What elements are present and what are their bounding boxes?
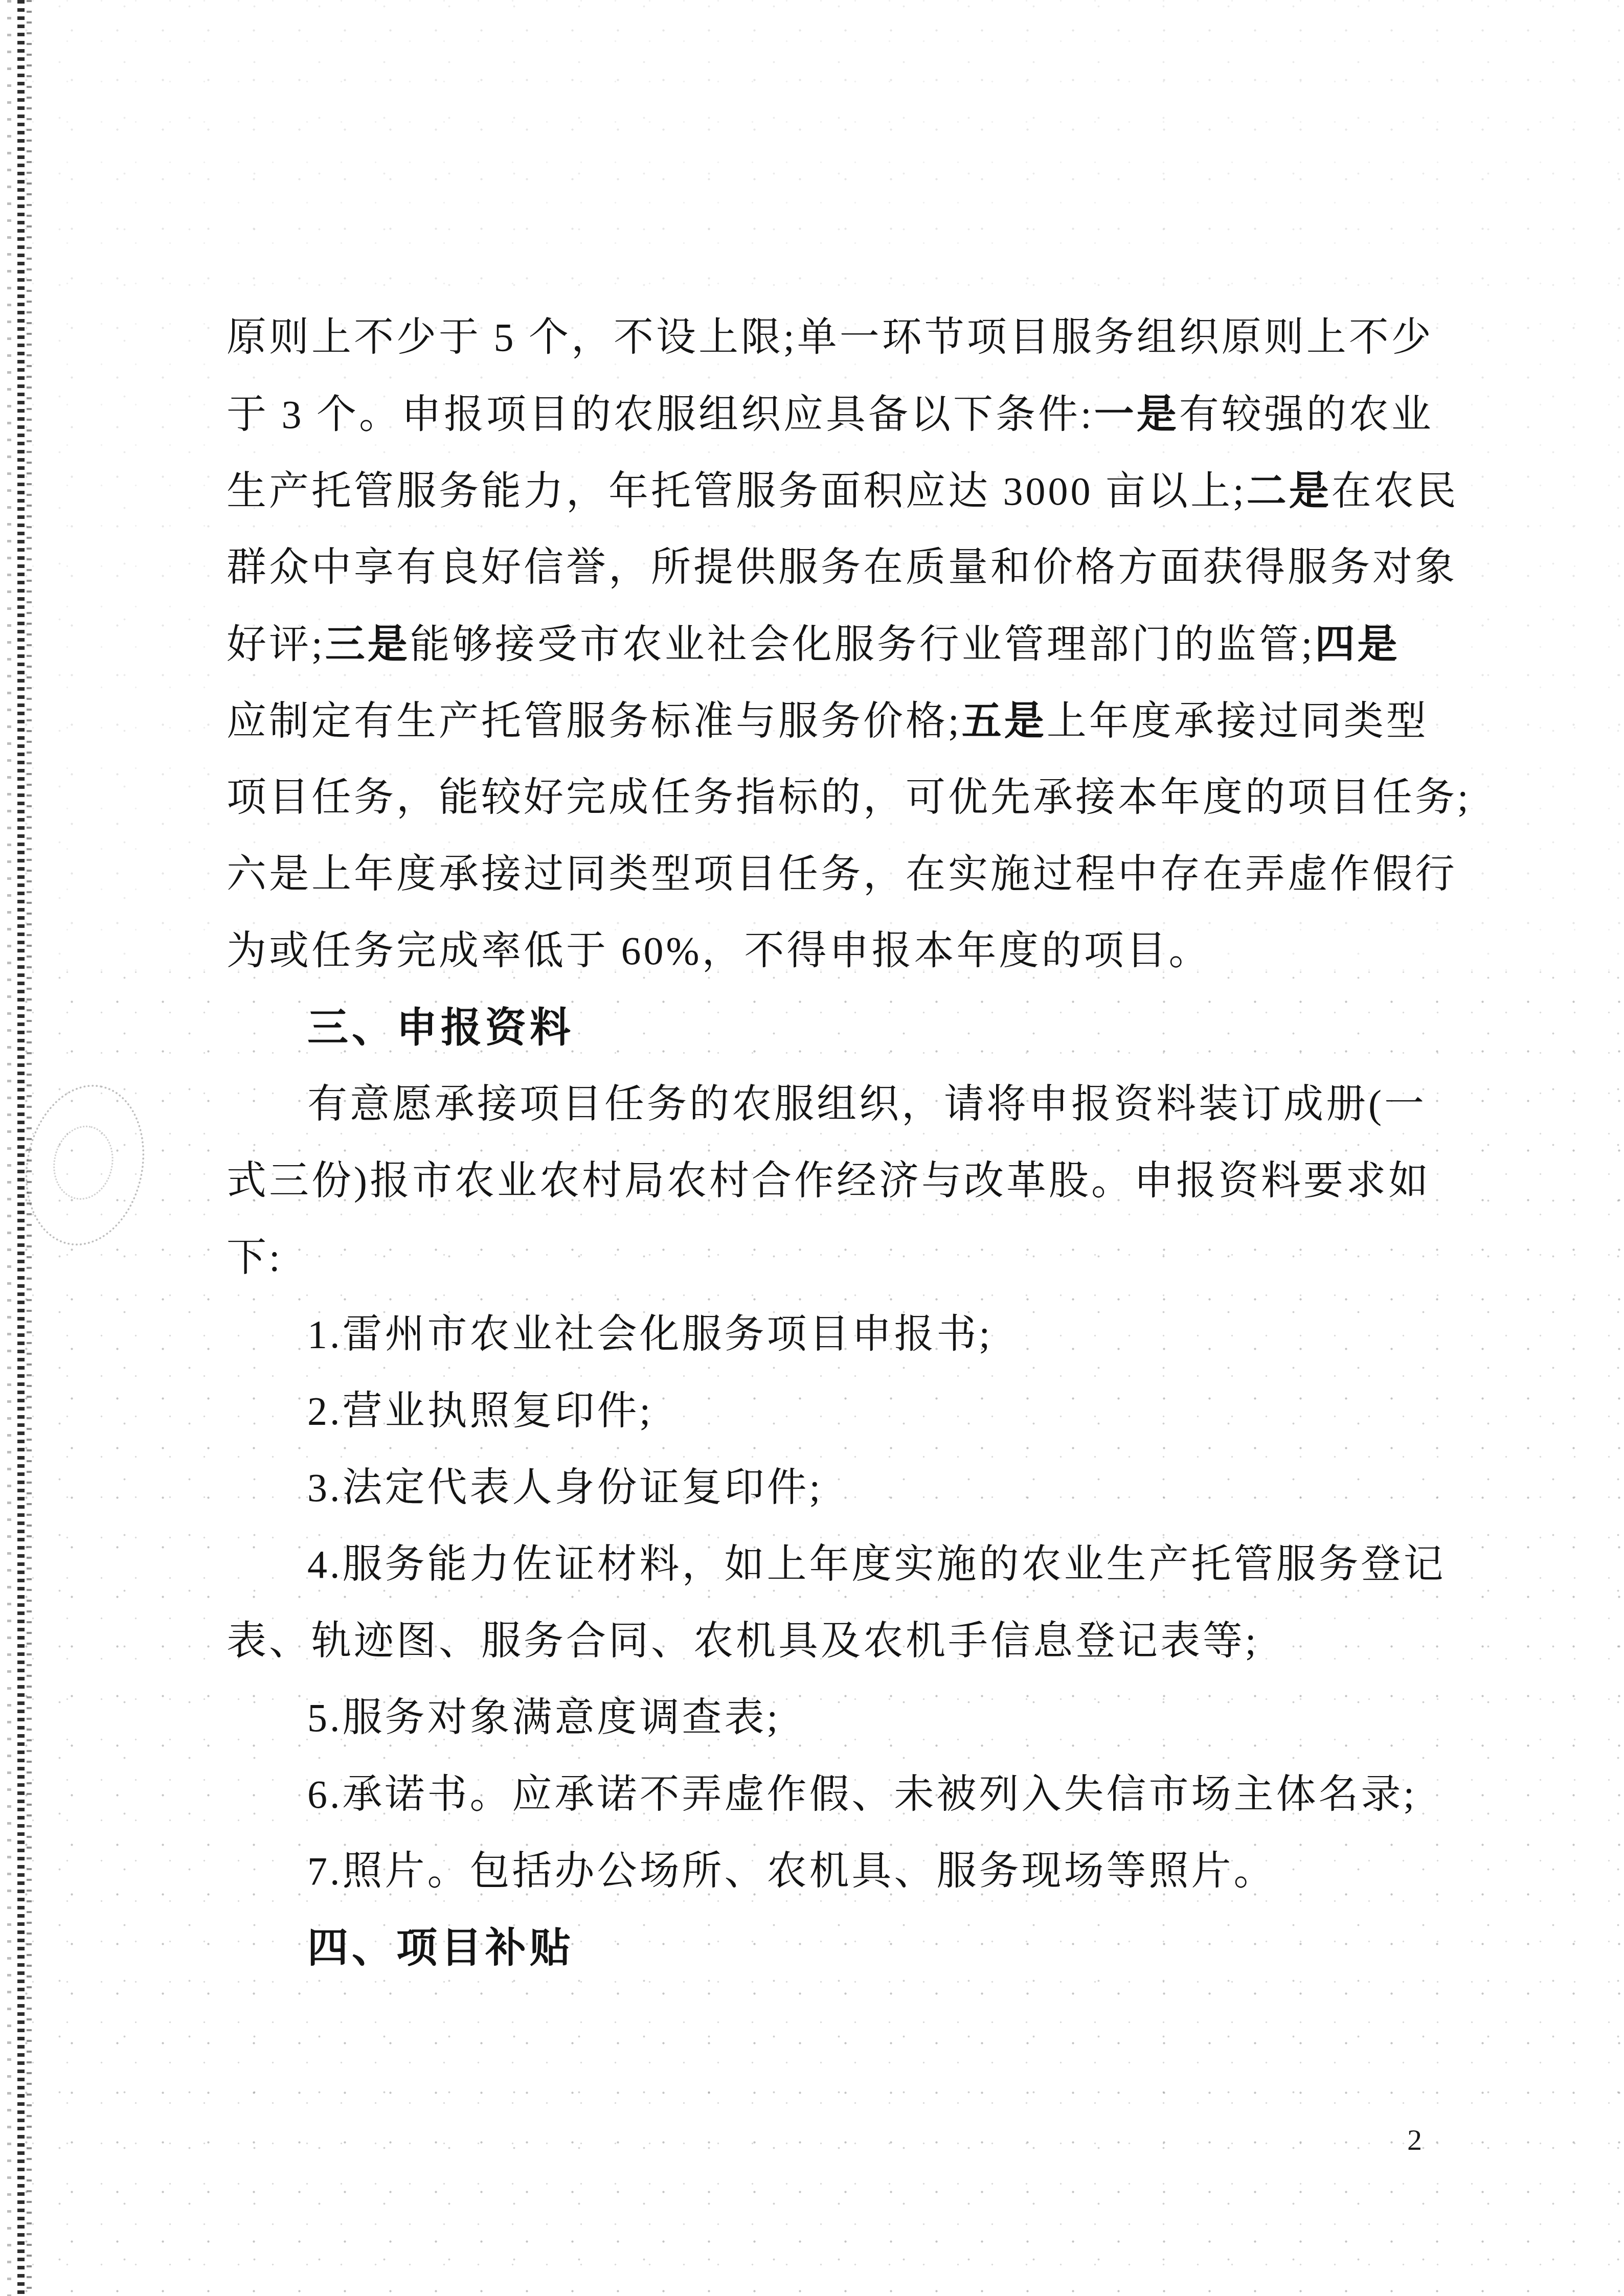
body-text: 好评;: [227, 622, 325, 667]
body-text: 上年度承接过同类型: [1047, 699, 1429, 743]
body-text: 有意愿承接项目任务的农服组织，请将申报资料装订成册(一: [307, 1082, 1427, 1126]
body-text: 2.营业执照复印件;: [307, 1389, 653, 1433]
text-line: 表、轨迹图、服务合同、农机具及农机手信息登记表等;: [227, 1603, 1454, 1679]
scanned-document-page: 原则上不少于 5 个，不设上限;单一环节项目服务组织原则上不少于 3 个。申报项…: [0, 0, 1624, 2296]
body-text: 有较强的农业: [1179, 392, 1434, 437]
text-line: 下:: [227, 1219, 1454, 1296]
text-line: 原则上不少于 5 个，不设上限;单一环节项目服务组织原则上不少: [227, 299, 1454, 376]
page-number: 2: [1407, 2123, 1422, 2157]
body-text: 群众中享有良好信誉，所提供服务在质量和价格方面获得服务对象: [227, 545, 1457, 589]
body-text: 原则上不少于 5 个，不设上限;单一环节项目服务组织原则上不少: [227, 315, 1434, 359]
text-line: 于 3 个。申报项目的农服组织应具备以下条件:一是有较强的农业: [227, 376, 1454, 452]
text-line: 2.营业执照复印件;: [227, 1373, 1454, 1449]
emphasis-text: 四是: [1315, 622, 1400, 667]
body-text: 为或任务完成率低于 60%，不得申报本年度的项目。: [227, 928, 1211, 973]
section-heading: 三、申报资料: [227, 989, 1454, 1066]
body-text: 六是上年度承接过同类型项目任务，在实施过程中存在弄虚作假行: [227, 852, 1457, 896]
text-line: 项目任务，能较好完成任务指标的，可优先承接本年度的项目任务;: [227, 759, 1454, 836]
emphasis-text: 四、项目补贴: [307, 1925, 574, 1970]
scan-binding-edge-artifact: [7, 0, 11, 2296]
body-text: 下:: [227, 1235, 283, 1280]
text-line: 3.法定代表人身份证复印件;: [227, 1449, 1454, 1526]
text-line: 生产托管服务能力，年托管服务面积应达 3000 亩以上;二是在农民: [227, 452, 1454, 529]
body-text: 应制定有生产托管服务标准与服务价格;: [227, 699, 962, 743]
text-line: 式三份)报市农业农村局农村合作经济与改革股。申报资料要求如: [227, 1143, 1454, 1219]
body-text: 3.法定代表人身份证复印件;: [307, 1465, 823, 1510]
emphasis-text: 三是: [325, 622, 410, 667]
emphasis-text: 一是: [1094, 392, 1179, 437]
text-line: 六是上年度承接过同类型项目任务，在实施过程中存在弄虚作假行: [227, 836, 1454, 913]
faint-seal-watermark-inner: [47, 1120, 120, 1206]
body-text: 在农民: [1332, 469, 1459, 513]
emphasis-text: 五是: [962, 698, 1047, 743]
body-text: 7.照片。包括办公场所、农机具、服务现场等照片。: [307, 1849, 1276, 1893]
document-body-text: 原则上不少于 5 个，不设上限;单一环节项目服务组织原则上不少于 3 个。申报项…: [227, 299, 1454, 1986]
text-line: 1.雷州市农业社会化服务项目申报书;: [227, 1296, 1454, 1373]
faint-seal-watermark: [11, 1074, 159, 1257]
body-text: 1.雷州市农业社会化服务项目申报书;: [307, 1312, 993, 1356]
body-text: 6.承诺书。应承诺不弄虚作假、未被列入失信市场主体名录;: [307, 1772, 1417, 1816]
section-heading: 四、项目补贴: [227, 1909, 1454, 1986]
text-line: 5.服务对象满意度调查表;: [227, 1679, 1454, 1756]
text-line: 7.照片。包括办公场所、农机具、服务现场等照片。: [227, 1833, 1454, 1909]
text-line: 4.服务能力佐证材料，如上年度实施的农业生产托管服务登记: [227, 1526, 1454, 1603]
emphasis-text: 三、申报资料: [307, 1005, 574, 1050]
body-text: 于 3 个。申报项目的农服组织应具备以下条件:: [227, 392, 1094, 437]
emphasis-text: 二是: [1247, 468, 1332, 513]
scan-binding-edge-artifact: [17, 0, 25, 2296]
text-line: 群众中享有良好信誉，所提供服务在质量和价格方面获得服务对象: [227, 529, 1454, 606]
body-text: 5.服务对象满意度调查表;: [307, 1695, 780, 1740]
text-line: 6.承诺书。应承诺不弄虚作假、未被列入失信市场主体名录;: [227, 1756, 1454, 1833]
body-text: 表、轨迹图、服务合同、农机具及农机手信息登记表等;: [227, 1619, 1259, 1663]
body-text: 生产托管服务能力，年托管服务面积应达 3000 亩以上;: [227, 469, 1247, 513]
text-line: 有意愿承接项目任务的农服组织，请将申报资料装订成册(一: [227, 1066, 1454, 1143]
body-text: 项目任务，能较好完成任务指标的，可优先承接本年度的项目任务;: [227, 775, 1471, 820]
body-text: 4.服务能力佐证材料，如上年度实施的农业生产托管服务登记: [307, 1542, 1446, 1586]
text-line: 应制定有生产托管服务标准与服务价格;五是上年度承接过同类型: [227, 683, 1454, 759]
text-line: 为或任务完成率低于 60%，不得申报本年度的项目。: [227, 913, 1454, 989]
body-text: 式三份)报市农业农村局农村合作经济与改革股。申报资料要求如: [227, 1158, 1431, 1203]
body-text: 能够接受市农业社会化服务行业管理部门的监管;: [410, 622, 1315, 667]
text-line: 好评;三是能够接受市农业社会化服务行业管理部门的监管;四是: [227, 606, 1454, 683]
